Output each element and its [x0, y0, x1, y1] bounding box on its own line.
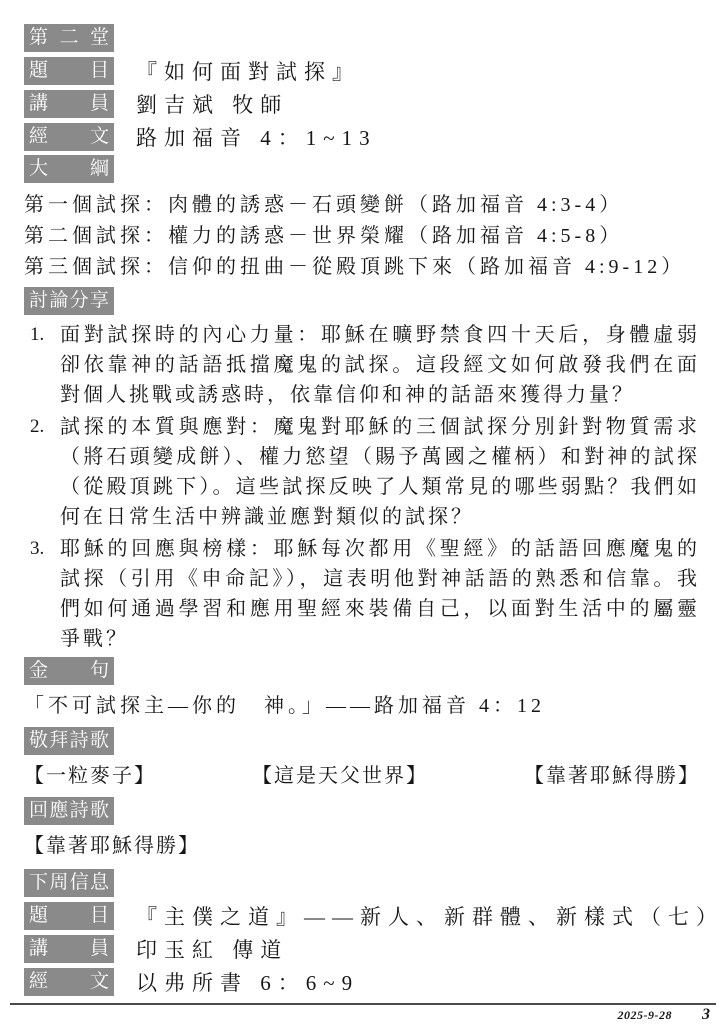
next-week-speaker-value: 印玉紅 傳道	[136, 934, 288, 964]
speaker-row: 講員 劉吉斌 牧師	[24, 89, 700, 118]
topic-value: 『如何面對試探』	[136, 56, 360, 86]
discussion-item: 3. 耶穌的回應與榜樣：耶穌每次都用《聖經》的話語回應魔鬼的試探（引用《申命記》…	[24, 534, 700, 654]
next-week-topic-value: 『主僕之道』——新人、新群體、新樣式（七）	[136, 901, 724, 931]
discussion-item-text: 面對試探時的內心力量：耶穌在曠野禁食四十天后，身體虛弱卻依靠神的話語抵擋魔鬼的試…	[60, 320, 700, 410]
topic-label: 題目	[24, 57, 114, 85]
scripture-value: 路加福音 4：1~13	[136, 122, 377, 152]
outline-label: 大綱	[24, 155, 114, 183]
speaker-value: 劉吉斌 牧師	[136, 89, 288, 119]
session-label: 第二堂	[24, 24, 114, 52]
worship-song: 【靠著耶穌得勝】	[524, 762, 700, 790]
footer-date: 2025-9-28	[618, 1008, 673, 1022]
next-week-topic-label: 題目	[24, 902, 114, 930]
worship-songs-label: 敬拜詩歌	[24, 727, 114, 755]
scripture-row: 經文 路加福音 4：1~13	[24, 122, 700, 151]
golden-verse-label: 金句	[24, 657, 114, 685]
discussion-item-text: 試探的本質與應對：魔鬼對耶穌的三個試探分別針對物質需求（將石頭變成餅）、權力慾望…	[60, 412, 700, 532]
next-week-scripture-row: 經文 以弗所書 6：6~9	[24, 967, 700, 996]
discussion-item-number: 2.	[30, 412, 60, 532]
outline-item: 第二個試探：權力的誘惑－世界榮耀（路加福音 4:5-8）	[24, 221, 700, 252]
next-week-speaker-row: 講員 印玉紅 傳道	[24, 934, 700, 963]
discussion-label: 討論分享	[24, 287, 114, 315]
next-week-label: 下周信息	[24, 869, 114, 897]
next-week-scripture-value: 以弗所書 6：6~9	[136, 967, 359, 997]
discussion-item: 2. 試探的本質與應對：魔鬼對耶穌的三個試探分別針對物質需求（將石頭變成餅）、權…	[24, 412, 700, 532]
scripture-label: 經文	[24, 123, 114, 151]
outline-section: 第一個試探：肉體的誘惑－石頭變餅（路加福音 4:3-4） 第二個試探：權力的誘惑…	[24, 190, 700, 283]
discussion-item-text: 耶穌的回應與榜樣：耶穌每次都用《聖經》的話語回應魔鬼的試探（引用《申命記》），這…	[60, 534, 700, 654]
topic-row: 題目 『如何面對試探』	[24, 56, 700, 85]
worship-song: 【一粒麥子】	[24, 762, 156, 790]
next-week-speaker-label: 講員	[24, 935, 114, 963]
golden-verse-text: 「不可試探主—你的 神。」——路加福音 4：12	[24, 691, 700, 721]
next-week-scripture-label: 經文	[24, 968, 114, 996]
discussion-section: 1. 面對試探時的內心力量：耶穌在曠野禁食四十天后，身體虛弱卻依靠神的話語抵擋魔…	[24, 320, 700, 654]
outline-item: 第一個試探：肉體的誘惑－石頭變餅（路加福音 4:3-4）	[24, 190, 700, 221]
worship-songs-row: 【一粒麥子】 【這是天父世界】 【靠著耶穌得勝】	[24, 762, 700, 790]
page-footer: 2025-9-28 3	[10, 1003, 716, 1024]
response-song-label: 回應詩歌	[24, 797, 114, 825]
outline-item: 第三個試探：信仰的扭曲－從殿頂跳下來（路加福音 4:9-12）	[24, 252, 700, 283]
next-week-topic-row: 題目 『主僕之道』——新人、新群體、新樣式（七）	[24, 901, 700, 930]
response-song-title: 【靠著耶穌得勝】	[24, 832, 700, 860]
footer-page-number: 3	[702, 1006, 710, 1024]
document-page: 第二堂 題目 『如何面對試探』 講員 劉吉斌 牧師 經文 路加福音 4：1~13…	[0, 0, 724, 1024]
speaker-label: 講員	[24, 90, 114, 118]
discussion-item-number: 3.	[30, 534, 60, 654]
discussion-item: 1. 面對試探時的內心力量：耶穌在曠野禁食四十天后，身體虛弱卻依靠神的話語抵擋魔…	[24, 320, 700, 410]
discussion-item-number: 1.	[30, 320, 60, 410]
worship-song: 【這是天父世界】	[252, 762, 428, 790]
